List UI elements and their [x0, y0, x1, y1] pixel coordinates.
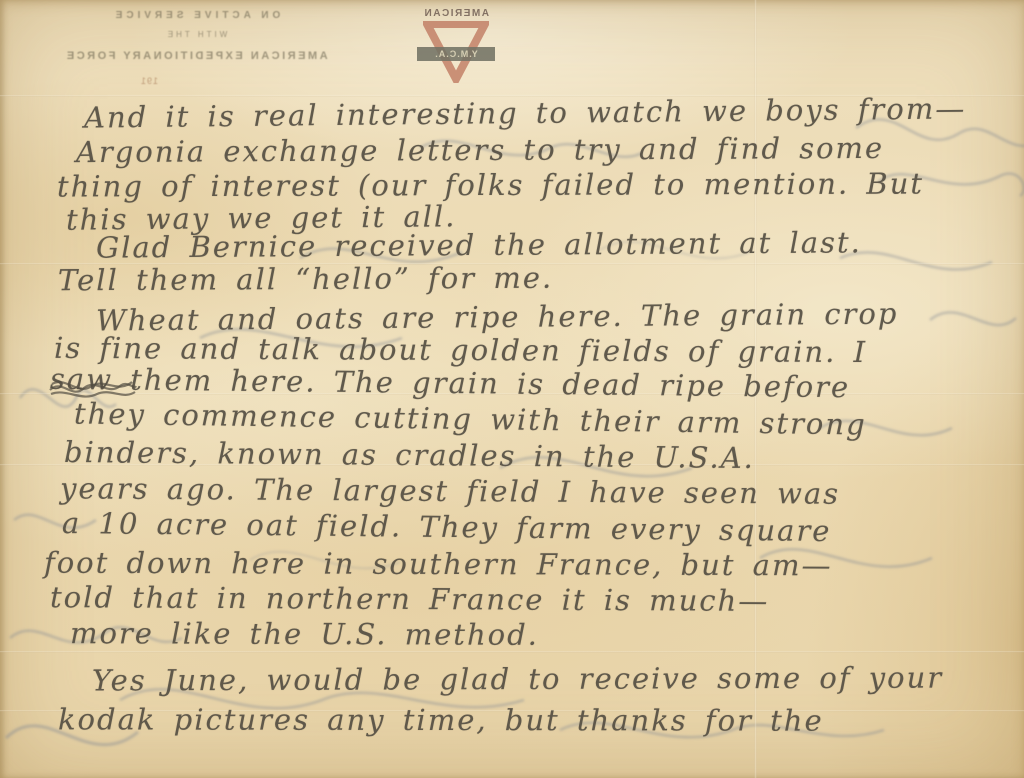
handwriting-line: thing of interest (our folks failed to m… [57, 166, 924, 203]
handwriting-line: told that in northern France it is much— [50, 580, 769, 618]
handwriting-line: Argonia exchange letters to try and find… [76, 131, 884, 169]
handwriting-line: Yes June, would be glad to receive some … [92, 661, 943, 698]
letterhead-bleed-through: ON ACTIVE SERVICE WITH THE AMERICAN EXPE… [58, 10, 334, 62]
letterhead-service-line: ON ACTIVE SERVICE [58, 10, 334, 21]
ymca-triangle-icon: Y.M.C.A. [423, 21, 489, 83]
handwriting-line: kodak pictures any time, but thanks for … [58, 702, 824, 737]
handwriting-line: And it is real interesting to watch we b… [84, 91, 967, 134]
handwriting-line: they commence cutting with their arm str… [74, 396, 867, 441]
letterhead-with-line: WITH THE [58, 30, 334, 39]
handwriting-line: binders, known as cradles in the U.S.A. [64, 435, 755, 475]
letterhead-force-line: AMERICAN EXPEDITIONARY FORCE [58, 50, 334, 62]
handwriting-line: foot down here in southern France, but a… [44, 546, 833, 583]
handwriting-line: more like the U.S. method. [70, 616, 539, 652]
letter-page-scan: ON ACTIVE SERVICE WITH THE AMERICAN EXPE… [0, 0, 1024, 778]
printed-date-fragment: 191 [140, 76, 158, 86]
handwriting-line: years ago. The largest field I have seen… [60, 471, 840, 510]
ymca-logo: AMERICAN Y.M.C.A. [417, 8, 495, 83]
ymca-logo-bar: Y.M.C.A. [417, 47, 495, 61]
handwriting-line: Glad Bernice received the allotment at l… [96, 225, 862, 264]
ymca-logo-american-text: AMERICAN [417, 8, 495, 19]
handwriting-line: a 10 acre oat field. They farm every squ… [62, 506, 832, 548]
handwriting-line: Tell them all “hello” for me. [58, 261, 553, 298]
